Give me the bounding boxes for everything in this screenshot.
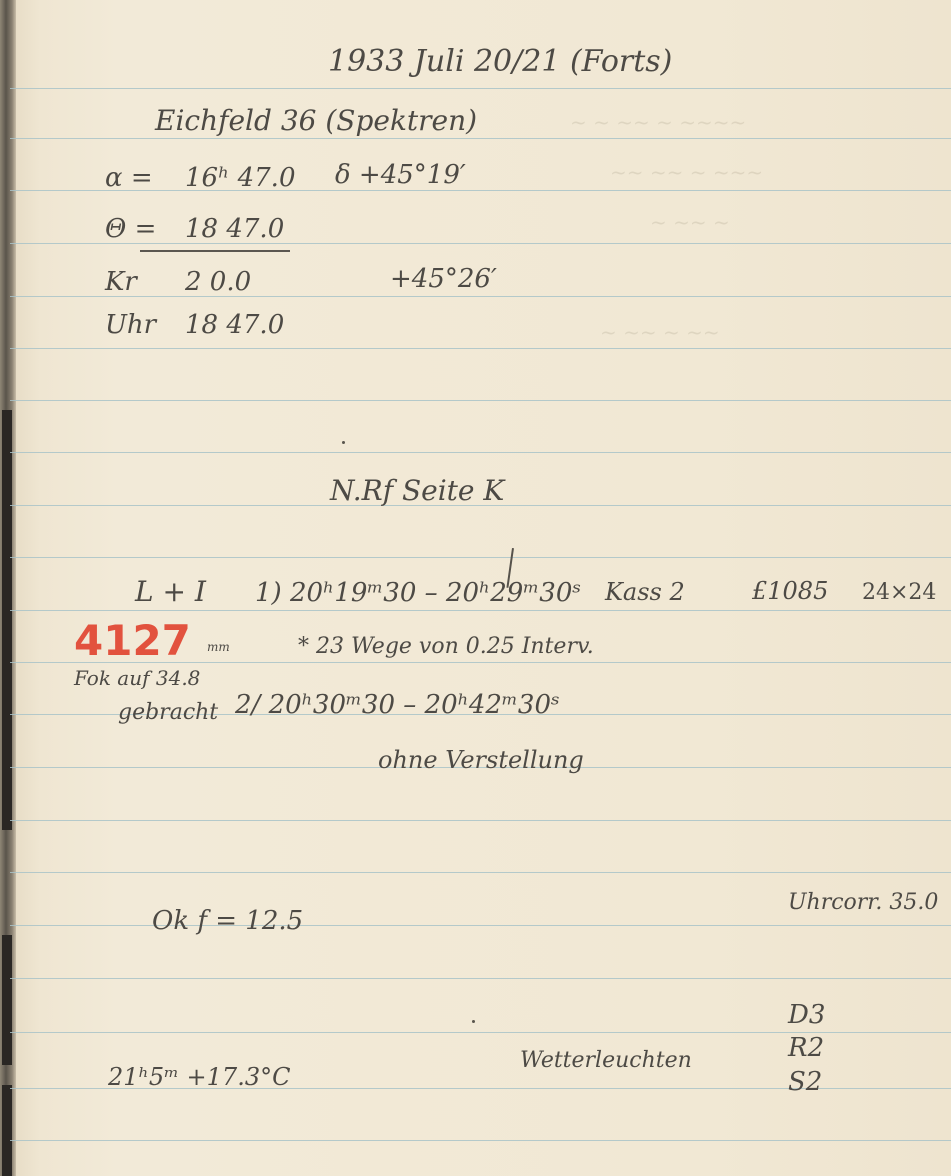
eyepiece-focal-length: Ok f = 12.5 xyxy=(152,906,303,936)
kr-label: Kr xyxy=(105,267,137,297)
date-header: 1933 Juli 20/21 (Forts) xyxy=(328,44,672,79)
exposure-label: L + I xyxy=(135,575,206,608)
ruled-line xyxy=(10,452,951,453)
time-temperature: 21ʰ5ᵐ +17.3°C xyxy=(108,1063,290,1091)
weather-code-d: D3 xyxy=(788,1000,825,1030)
ruled-line xyxy=(10,348,951,349)
reference-note: N.Rf Seite K xyxy=(330,474,504,507)
notebook-page: ~ ~ ~~ ~ ~~~~ ~~ ~~ ~ ~~~ ~ ~~ ~ ~ ~~ ~ … xyxy=(0,0,951,1176)
plate-size: 24×24 xyxy=(862,580,936,605)
clock-correction: Uhrcorr. 35.0 xyxy=(788,890,938,915)
ruled-line xyxy=(10,978,951,979)
kr-declination: +45°26′ xyxy=(390,264,497,294)
focus-note: Fok auf 34.8 xyxy=(74,666,200,690)
remark-no-adjustment: ohne Verstellung xyxy=(378,746,584,774)
sidereal-value: 18 47.0 xyxy=(185,214,284,244)
kr-value: 2 0.0 xyxy=(185,267,251,297)
exposure-1: 1) 20ʰ19ᵐ30 – 20ʰ29ᵐ30ˢ xyxy=(255,578,581,608)
ruled-line xyxy=(10,820,951,821)
red-plate-number: 4127 xyxy=(74,616,191,665)
binding-shadow xyxy=(2,1085,12,1176)
pencil-dot xyxy=(342,441,345,444)
object-title: Eichfeld 36 (Spektren) xyxy=(155,104,477,137)
ra-label: α = xyxy=(105,163,153,193)
ruled-line xyxy=(10,138,951,139)
ruled-line xyxy=(10,872,951,873)
ruled-line xyxy=(10,400,951,401)
ruled-line xyxy=(10,610,951,611)
exposure-2: 2/ 20ʰ30ᵐ30 – 20ʰ42ᵐ30ˢ xyxy=(235,690,560,720)
weather-code-r: R2 xyxy=(788,1033,824,1063)
cassette-label: Kass 2 xyxy=(605,578,685,606)
ruled-line xyxy=(10,557,951,558)
binding-shadow xyxy=(2,935,12,1065)
ruled-line xyxy=(10,296,951,297)
uhr-label: Uhr xyxy=(105,310,156,340)
weather-code-s: S2 xyxy=(788,1067,822,1097)
focus-note-2: gebracht xyxy=(118,700,218,725)
focus-steps-note: * 23 Wege von 0.25 Interv. xyxy=(298,634,594,659)
ruled-line xyxy=(10,1140,951,1141)
ruled-line xyxy=(10,88,951,89)
uhr-value: 18 47.0 xyxy=(185,310,284,340)
bleed-through-text: ~~ ~~ ~ ~~~ xyxy=(610,160,763,184)
red-number-unit: mm xyxy=(207,640,230,654)
bleed-through-text: ~ ~~ ~ ~~ xyxy=(600,320,720,344)
plate-number: £1085 xyxy=(752,577,828,605)
bleed-through-text: ~ ~~ ~ xyxy=(650,210,730,234)
sidereal-underline xyxy=(140,250,290,252)
pencil-dot xyxy=(472,1020,475,1023)
bleed-through-text: ~ ~ ~~ ~ ~~~~ xyxy=(570,110,746,134)
ra-value: 16ʰ 47.0 xyxy=(185,163,296,193)
weather-phenomenon: Wetterleuchten xyxy=(520,1048,692,1073)
declination-value: δ +45°19′ xyxy=(335,160,466,190)
sidereal-label: Θ = xyxy=(105,214,156,244)
